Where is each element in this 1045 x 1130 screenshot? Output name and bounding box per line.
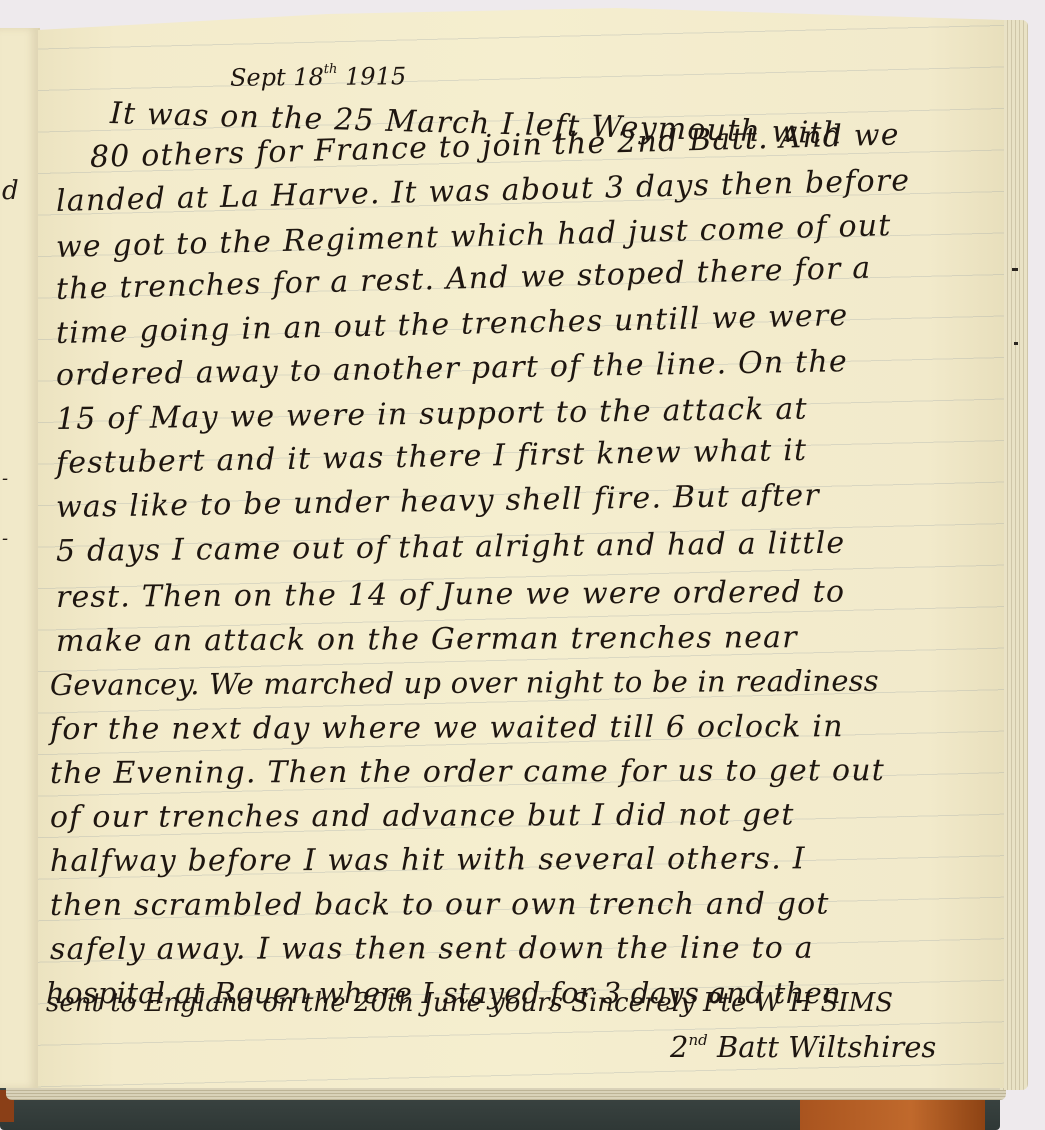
- date-year: 1915: [345, 62, 406, 91]
- letter-line-8: 15 of May we were in support to the atta…: [56, 392, 808, 437]
- letter-line-16: the Evening. Then the order came for us …: [50, 753, 885, 791]
- signature-ordinal-suffix: nd: [688, 1031, 707, 1049]
- handwritten-letter: Sept 18th 1915 It was on the 25 March I …: [38, 8, 1004, 1088]
- left-page-margin: d - -: [0, 28, 40, 1088]
- letter-line-17: of our trenches and advance but I did no…: [50, 797, 795, 835]
- signature-unit-name: Batt Wiltshires: [717, 1030, 936, 1064]
- letter-line-7: ordered away to another part of the line…: [56, 344, 848, 393]
- page-stack-right-edge: [1000, 20, 1028, 1090]
- signature-unit: 2nd Batt Wiltshires: [670, 1030, 936, 1064]
- page-edge-mark: [1014, 342, 1018, 345]
- letter-line-15: for the next day where we waited till 6 …: [50, 709, 844, 747]
- notebook-page: Sept 18th 1915 It was on the 25 March I …: [38, 8, 1004, 1088]
- letter-line-12: rest. Then on the 14 of June we were ord…: [56, 574, 845, 615]
- letter-line-9: festubert and it was there I first knew …: [56, 433, 808, 481]
- signature-ordinal-number: 2: [670, 1030, 688, 1064]
- letter-line-13: make an attack on the German trenches ne…: [56, 620, 798, 659]
- letter-line-19: then scrambled back to our own trench an…: [50, 887, 830, 923]
- left-page-text-fragment: -: [2, 468, 8, 489]
- letter-line-11: 5 days I came out of that alright and ha…: [56, 526, 846, 569]
- left-page-text-fragment: -: [2, 528, 8, 549]
- left-page-text-fragment: d: [2, 176, 19, 206]
- book-corner-leather-right: [800, 1100, 985, 1130]
- letter-line-14: Gevancey. We marched up over night to be…: [50, 664, 879, 702]
- letter-line-18: halfway before I was hit with several ot…: [50, 841, 806, 879]
- letter-line-22: sent to England on the 20th June yours S…: [46, 988, 893, 1018]
- letter-date: Sept 18th 1915: [230, 61, 406, 92]
- date-day: Sept 18: [230, 63, 324, 92]
- letter-line-20: safely away. I was then sent down the li…: [50, 931, 814, 967]
- page-edge-mark: [1012, 268, 1018, 271]
- letter-line-10: was like to be under heavy shell fire. B…: [56, 478, 820, 525]
- letter-line-6: time going in an out the trenches untill…: [56, 298, 849, 351]
- date-ordinal: th: [324, 62, 338, 77]
